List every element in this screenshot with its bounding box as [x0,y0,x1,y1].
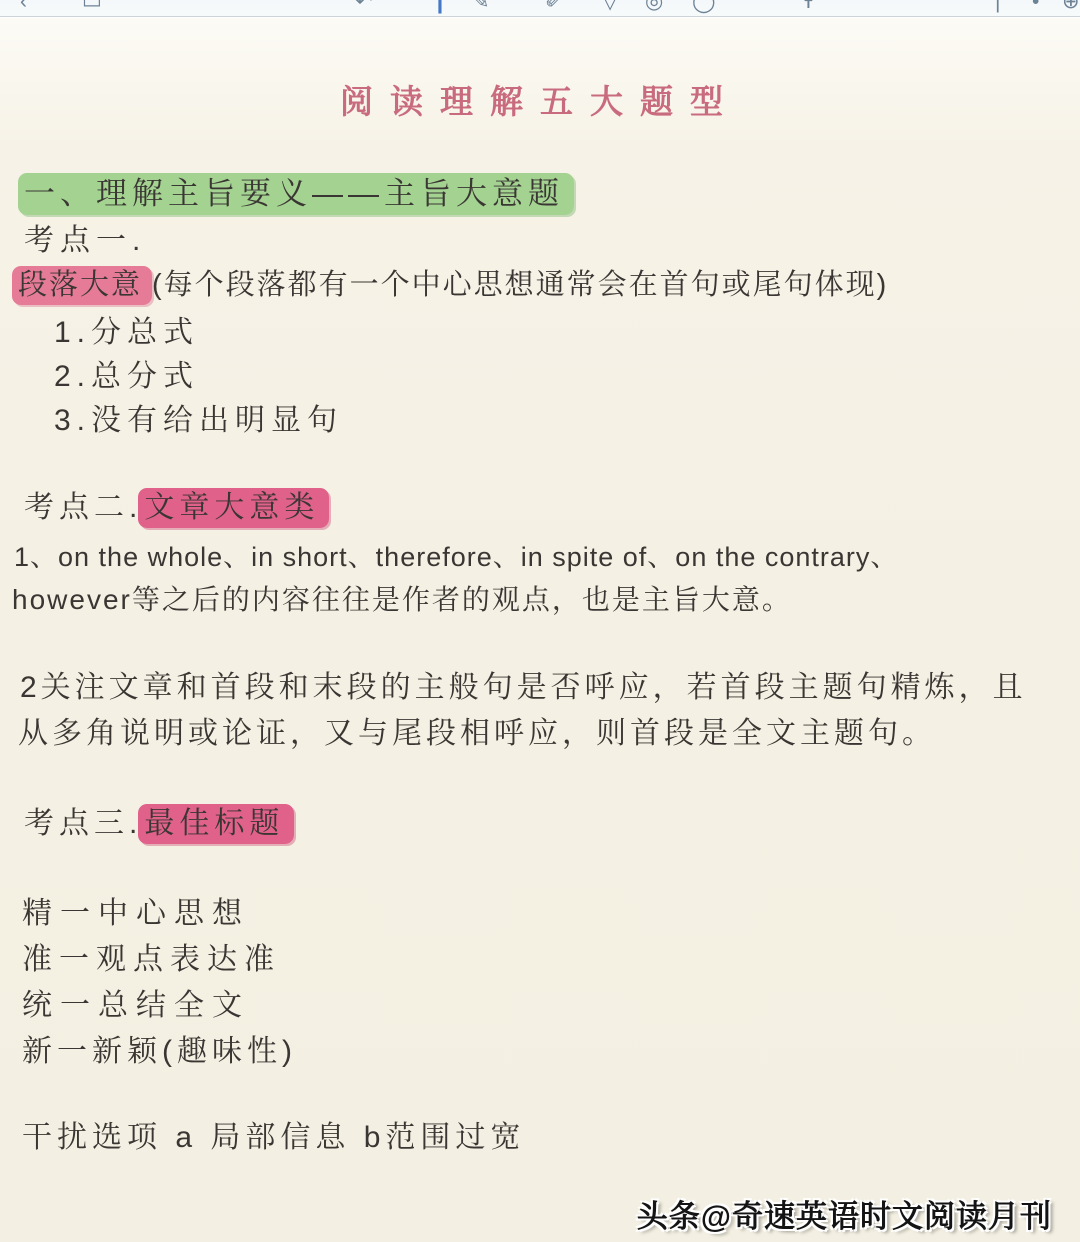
pink-highlight-wenzhang: 文章大意类 [138,488,329,528]
note-page: 阅读理解五大题型 一、理解主旨要义——主旨大意题 考点一. 段落大意(每个段落都… [0,0,1080,1242]
point-line: 统一总结全文 [22,980,250,1024]
app-toolbar: ‹ ▭ ↶ ❙ ✎ ✐ ▽ ◎ ◯ Ŧ | • ⊕ [0,0,1080,17]
paragraph2-line-1: 2关注文章和首段和末段的主般句是否呼应，若首段主题句精炼，且 [20,662,1027,706]
kaodian2-label: 考点二. [24,491,142,524]
back-icon[interactable]: ‹ [20,0,27,12]
pink-highlight-biaoti: 最佳标题 [138,804,294,844]
paragraph2-line-2: 从多角说明或论证，又与尾段相呼应，则首段是全文主题句。 [18,708,936,752]
pointer-dot-icon[interactable]: • [1032,0,1039,12]
green-highlight: 一、理解主旨要义——主旨大意题 [18,173,574,215]
lasso-icon[interactable]: ◯ [692,0,716,12]
section1-heading: 一、理解主旨要义——主旨大意题 [22,168,574,213]
duanluo-line: 段落大意(每个段落都有一个中心思想通常会在首句或尾句体现) [16,262,888,303]
point-line: 准一观点表达准 [22,934,281,978]
tape-icon[interactable]: ◎ [645,0,663,12]
list-item: 1.分总式 [54,307,199,351]
pencil-icon[interactable]: ✎ [472,0,490,12]
toolbar-divider: | [995,0,1000,12]
kaodian3-label: 考点三. [24,807,142,840]
duanluo-rest: (每个段落都有一个中心思想通常会在首句或尾句体现) [152,269,888,301]
note-app-screen: ‹ ▭ ↶ ❙ ✎ ✐ ▽ ◎ ◯ Ŧ | • ⊕ 阅读理解五大题型 一、理解主… [0,0,1080,1242]
english-line-1: 1、on the whole、in short、therefore、in spi… [14,535,898,574]
point-line: 新一新颖(趣味性) [22,1026,297,1070]
distractor-line: 干扰选项 a 局部信息 b范围过宽 [22,1112,525,1156]
highlighter-icon[interactable]: ✐ [545,0,563,12]
pages-icon[interactable]: ▭ [82,0,102,12]
kaodian1-label: 考点一. [24,215,146,259]
english-line-2: however等之后的内容往往是作者的观点，也是主旨大意。 [12,578,792,618]
kaodian2-line: 考点二.文章大意类 [24,482,329,526]
list-item: 2.总分式 [54,351,199,395]
kaodian3-line: 考点三.最佳标题 [24,798,294,842]
watermark: 头条@奇速英语时文阅读月刊 [637,1191,1052,1236]
zoom-tool-icon[interactable]: ⊕ [1062,0,1080,12]
point-line: 精一中心思想 [22,888,250,932]
text-tool-icon[interactable]: Ŧ [802,0,815,12]
eraser-icon[interactable]: ▽ [602,0,618,12]
pink-highlight-duanluo: 段落大意 [12,266,152,305]
note-title: 阅读理解五大题型 [0,76,1080,123]
pen-icon[interactable]: ❙ [432,0,448,14]
undo-icon[interactable]: ↶ [355,0,373,12]
list-item: 3.没有给出明显句 [54,395,343,439]
